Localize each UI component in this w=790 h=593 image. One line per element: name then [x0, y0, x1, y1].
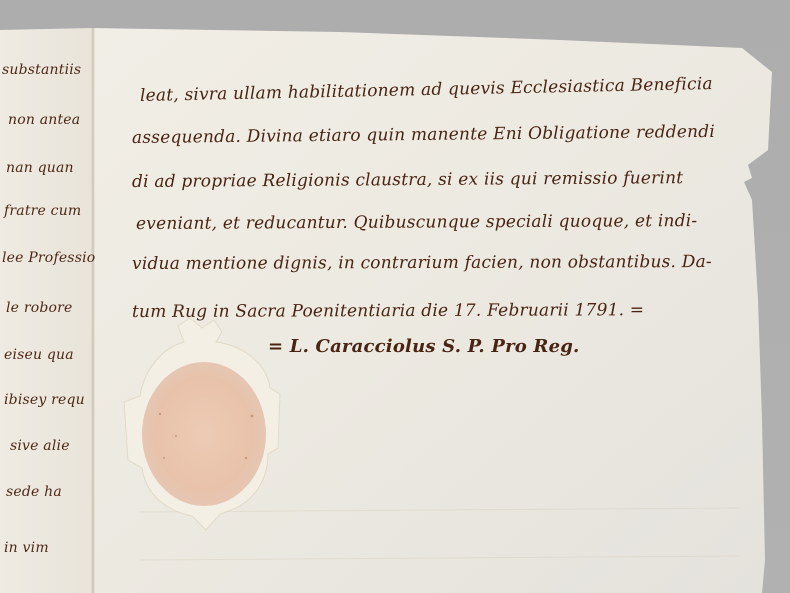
left-line: sede ha	[6, 484, 62, 500]
center-fold	[91, 28, 95, 593]
left-line: non antea	[8, 112, 80, 128]
left-line: lee Professio	[2, 250, 95, 266]
left-line: le robore	[6, 300, 73, 316]
signature: = L. Caracciolus S. P. Pro Reg.	[268, 336, 580, 357]
left-line: sive alie	[10, 438, 70, 454]
left-line: ibisey requ	[4, 392, 85, 408]
manuscript-sheet: substantiis non antea nan quan fratre cu…	[0, 0, 790, 593]
manuscript-line: eveniant, et reducantur. Quibuscunque sp…	[136, 211, 697, 234]
left-line: nan quan	[6, 160, 74, 176]
left-line: eiseu qua	[4, 347, 74, 363]
left-line: fratre cum	[4, 203, 81, 219]
seal-icon	[118, 318, 283, 533]
left-line: in vim	[4, 540, 49, 556]
left-line: substantiis	[2, 62, 81, 78]
wafer-seal	[118, 318, 283, 533]
manuscript-line: vidua mentione dignis, in contrarium fac…	[132, 252, 712, 274]
manuscript-line: di ad propriae Religionis claustra, si e…	[132, 168, 683, 192]
